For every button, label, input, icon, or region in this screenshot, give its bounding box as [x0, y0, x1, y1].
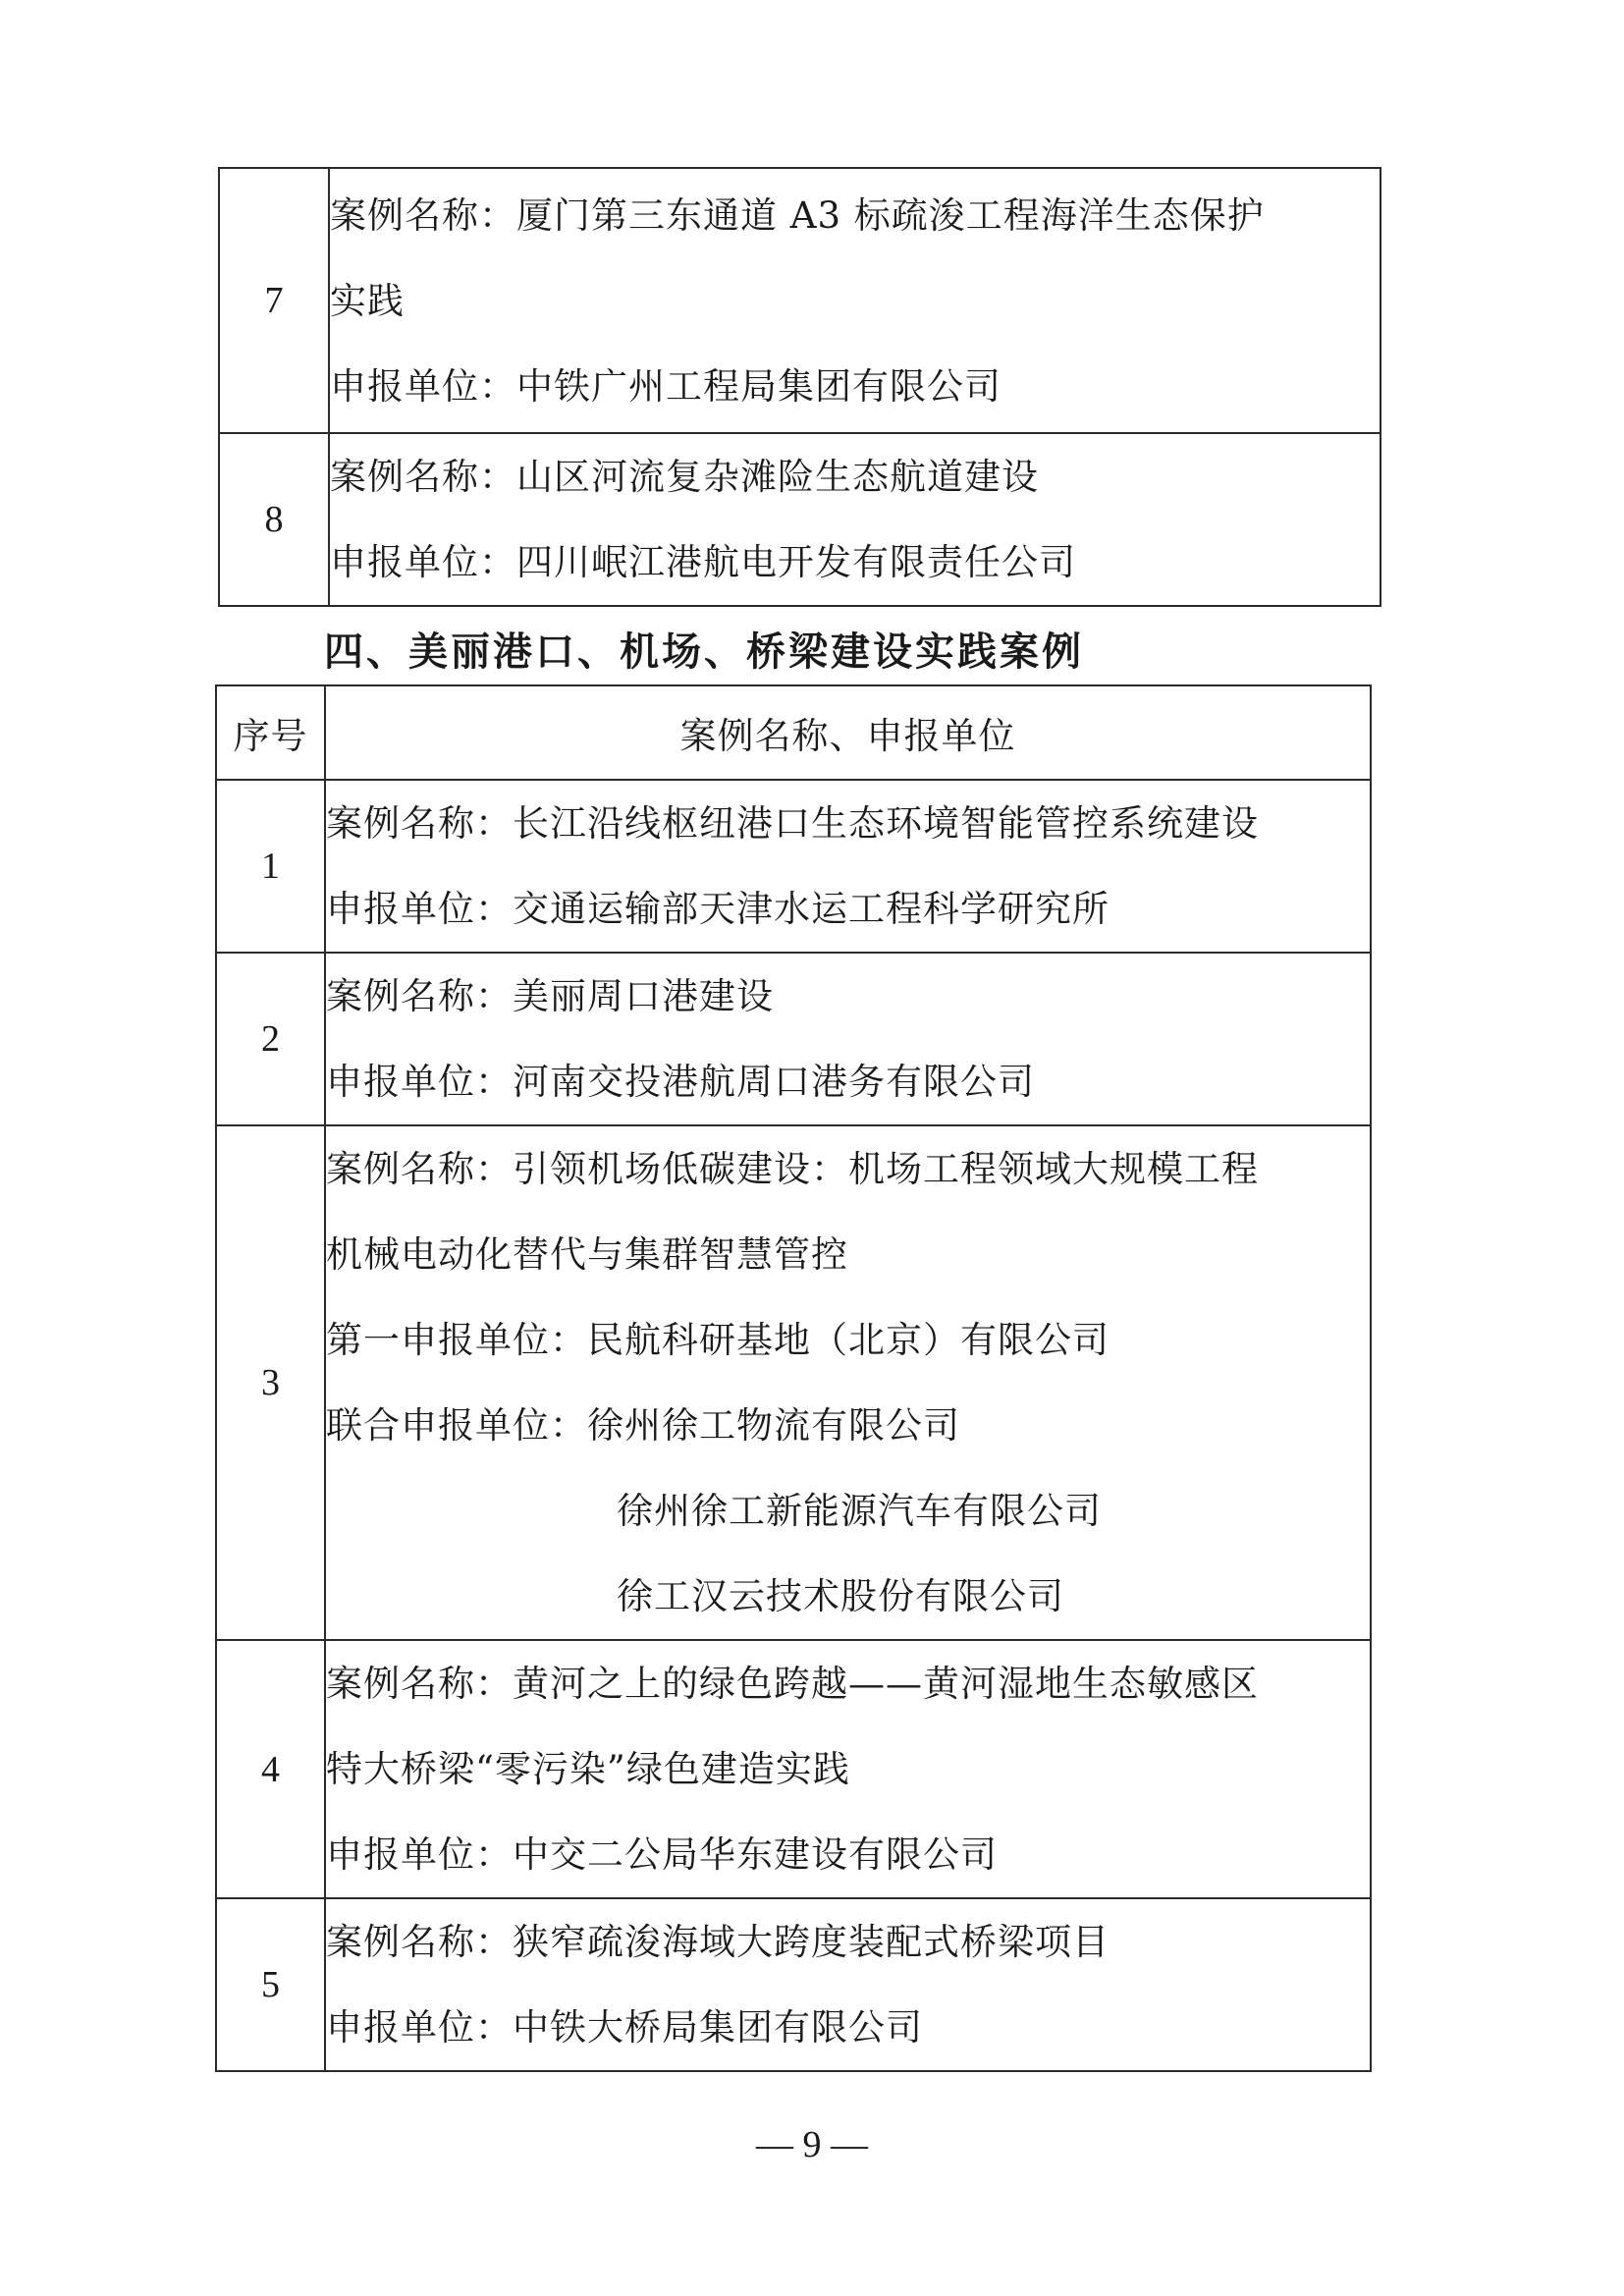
- table-row: 7 案例名称：厦门第三东通道 A3 标疏浚工程海洋生态保护 实践 申报单位：中铁…: [219, 168, 1380, 433]
- cases-table: 序号 案例名称、申报单位 1 案例名称：长江沿线枢纽港口生态环境智能管控系统建设…: [215, 684, 1372, 2072]
- page-number: — 9 —: [0, 2123, 1624, 2166]
- table-row: 5 案例名称：狭窄疏浚海域大跨度装配式桥梁项目 申报单位：中铁大桥局集团有限公司: [216, 1898, 1371, 2071]
- row-number: 8: [219, 433, 329, 606]
- joint-applicant-line: 徐工汉云技术股份有限公司: [326, 1554, 1370, 1639]
- table-row: 3 案例名称：引领机场低碳建设：机场工程领域大规模工程 机械电动化替代与集群智慧…: [216, 1125, 1371, 1640]
- case-cell: 案例名称：狭窄疏浚海域大跨度装配式桥梁项目 申报单位：中铁大桥局集团有限公司: [325, 1898, 1371, 2071]
- applicant-line: 申报单位：四川岷江港航电开发有限责任公司: [330, 519, 1380, 605]
- row-number: 3: [216, 1125, 325, 1640]
- document-page: 7 案例名称：厦门第三东通道 A3 标疏浚工程海洋生态保护 实践 申报单位：中铁…: [0, 0, 1624, 2296]
- table-row: 4 案例名称：黄河之上的绿色跨越——黄河湿地生态敏感区 特大桥梁“零污染”绿色建…: [216, 1640, 1371, 1898]
- table-header-row: 序号 案例名称、申报单位: [216, 685, 1371, 780]
- case-name-line: 案例名称：美丽周口港建设: [326, 954, 1370, 1039]
- case-name-line: 案例名称：黄河之上的绿色跨越——黄河湿地生态敏感区: [326, 1641, 1370, 1726]
- row-number: 2: [216, 953, 325, 1125]
- table-row: 2 案例名称：美丽周口港建设 申报单位：河南交投港航周口港务有限公司: [216, 953, 1371, 1125]
- case-name-line: 案例名称：山区河流复杂滩险生态航道建设: [330, 434, 1380, 519]
- case-cell: 案例名称：长江沿线枢纽港口生态环境智能管控系统建设 申报单位：交通运输部天津水运…: [325, 780, 1371, 953]
- applicant-line: 申报单位：中交二公局华东建设有限公司: [326, 1812, 1370, 1897]
- case-cell: 案例名称：黄河之上的绿色跨越——黄河湿地生态敏感区 特大桥梁“零污染”绿色建造实…: [325, 1640, 1371, 1898]
- case-name-line: 案例名称：引领机场低碳建设：机场工程领域大规模工程: [326, 1126, 1370, 1212]
- row-number: 5: [216, 1898, 325, 2071]
- cases-table-continued: 7 案例名称：厦门第三东通道 A3 标疏浚工程海洋生态保护 实践 申报单位：中铁…: [218, 167, 1381, 607]
- table-row: 1 案例名称：长江沿线枢纽港口生态环境智能管控系统建设 申报单位：交通运输部天津…: [216, 780, 1371, 953]
- case-name-line: 案例名称：狭窄疏浚海域大跨度装配式桥梁项目: [326, 1899, 1370, 1985]
- applicant-line: 申报单位：中铁广州工程局集团有限公司: [330, 344, 1380, 429]
- applicant-line: 申报单位：中铁大桥局集团有限公司: [326, 1985, 1370, 2070]
- column-header-content: 案例名称、申报单位: [325, 685, 1371, 780]
- joint-applicant-line: 徐州徐工新能源汽车有限公司: [326, 1468, 1370, 1554]
- row-number: 4: [216, 1640, 325, 1898]
- row-number: 7: [219, 168, 329, 433]
- applicant-line: 申报单位：河南交投港航周口港务有限公司: [326, 1039, 1370, 1124]
- table-row: 8 案例名称：山区河流复杂滩险生态航道建设 申报单位：四川岷江港航电开发有限责任…: [219, 433, 1380, 606]
- case-name-line: 案例名称：厦门第三东通道 A3 标疏浚工程海洋生态保护: [330, 173, 1380, 258]
- column-header-number: 序号: [216, 685, 325, 780]
- case-cell: 案例名称：厦门第三东通道 A3 标疏浚工程海洋生态保护 实践 申报单位：中铁广州…: [329, 168, 1380, 433]
- case-cell: 案例名称：引领机场低碳建设：机场工程领域大规模工程 机械电动化替代与集群智慧管控…: [325, 1125, 1371, 1640]
- row-number: 1: [216, 780, 325, 953]
- case-cell: 案例名称：山区河流复杂滩险生态航道建设 申报单位：四川岷江港航电开发有限责任公司: [329, 433, 1380, 606]
- case-name-line: 特大桥梁“零污染”绿色建造实践: [326, 1726, 1370, 1812]
- case-name-line: 机械电动化替代与集群智慧管控: [326, 1212, 1370, 1297]
- case-name-line: 实践: [330, 258, 1380, 344]
- section-heading: 四、美丽港口、机场、桥梁建设实践案例: [324, 621, 1084, 677]
- case-cell: 案例名称：美丽周口港建设 申报单位：河南交投港航周口港务有限公司: [325, 953, 1371, 1125]
- case-name-line: 案例名称：长江沿线枢纽港口生态环境智能管控系统建设: [326, 781, 1370, 866]
- applicant-line: 申报单位：交通运输部天津水运工程科学研究所: [326, 866, 1370, 952]
- first-applicant-line: 第一申报单位：民航科研基地（北京）有限公司: [326, 1297, 1370, 1383]
- joint-applicant-line: 联合申报单位：徐州徐工物流有限公司: [326, 1383, 1370, 1468]
